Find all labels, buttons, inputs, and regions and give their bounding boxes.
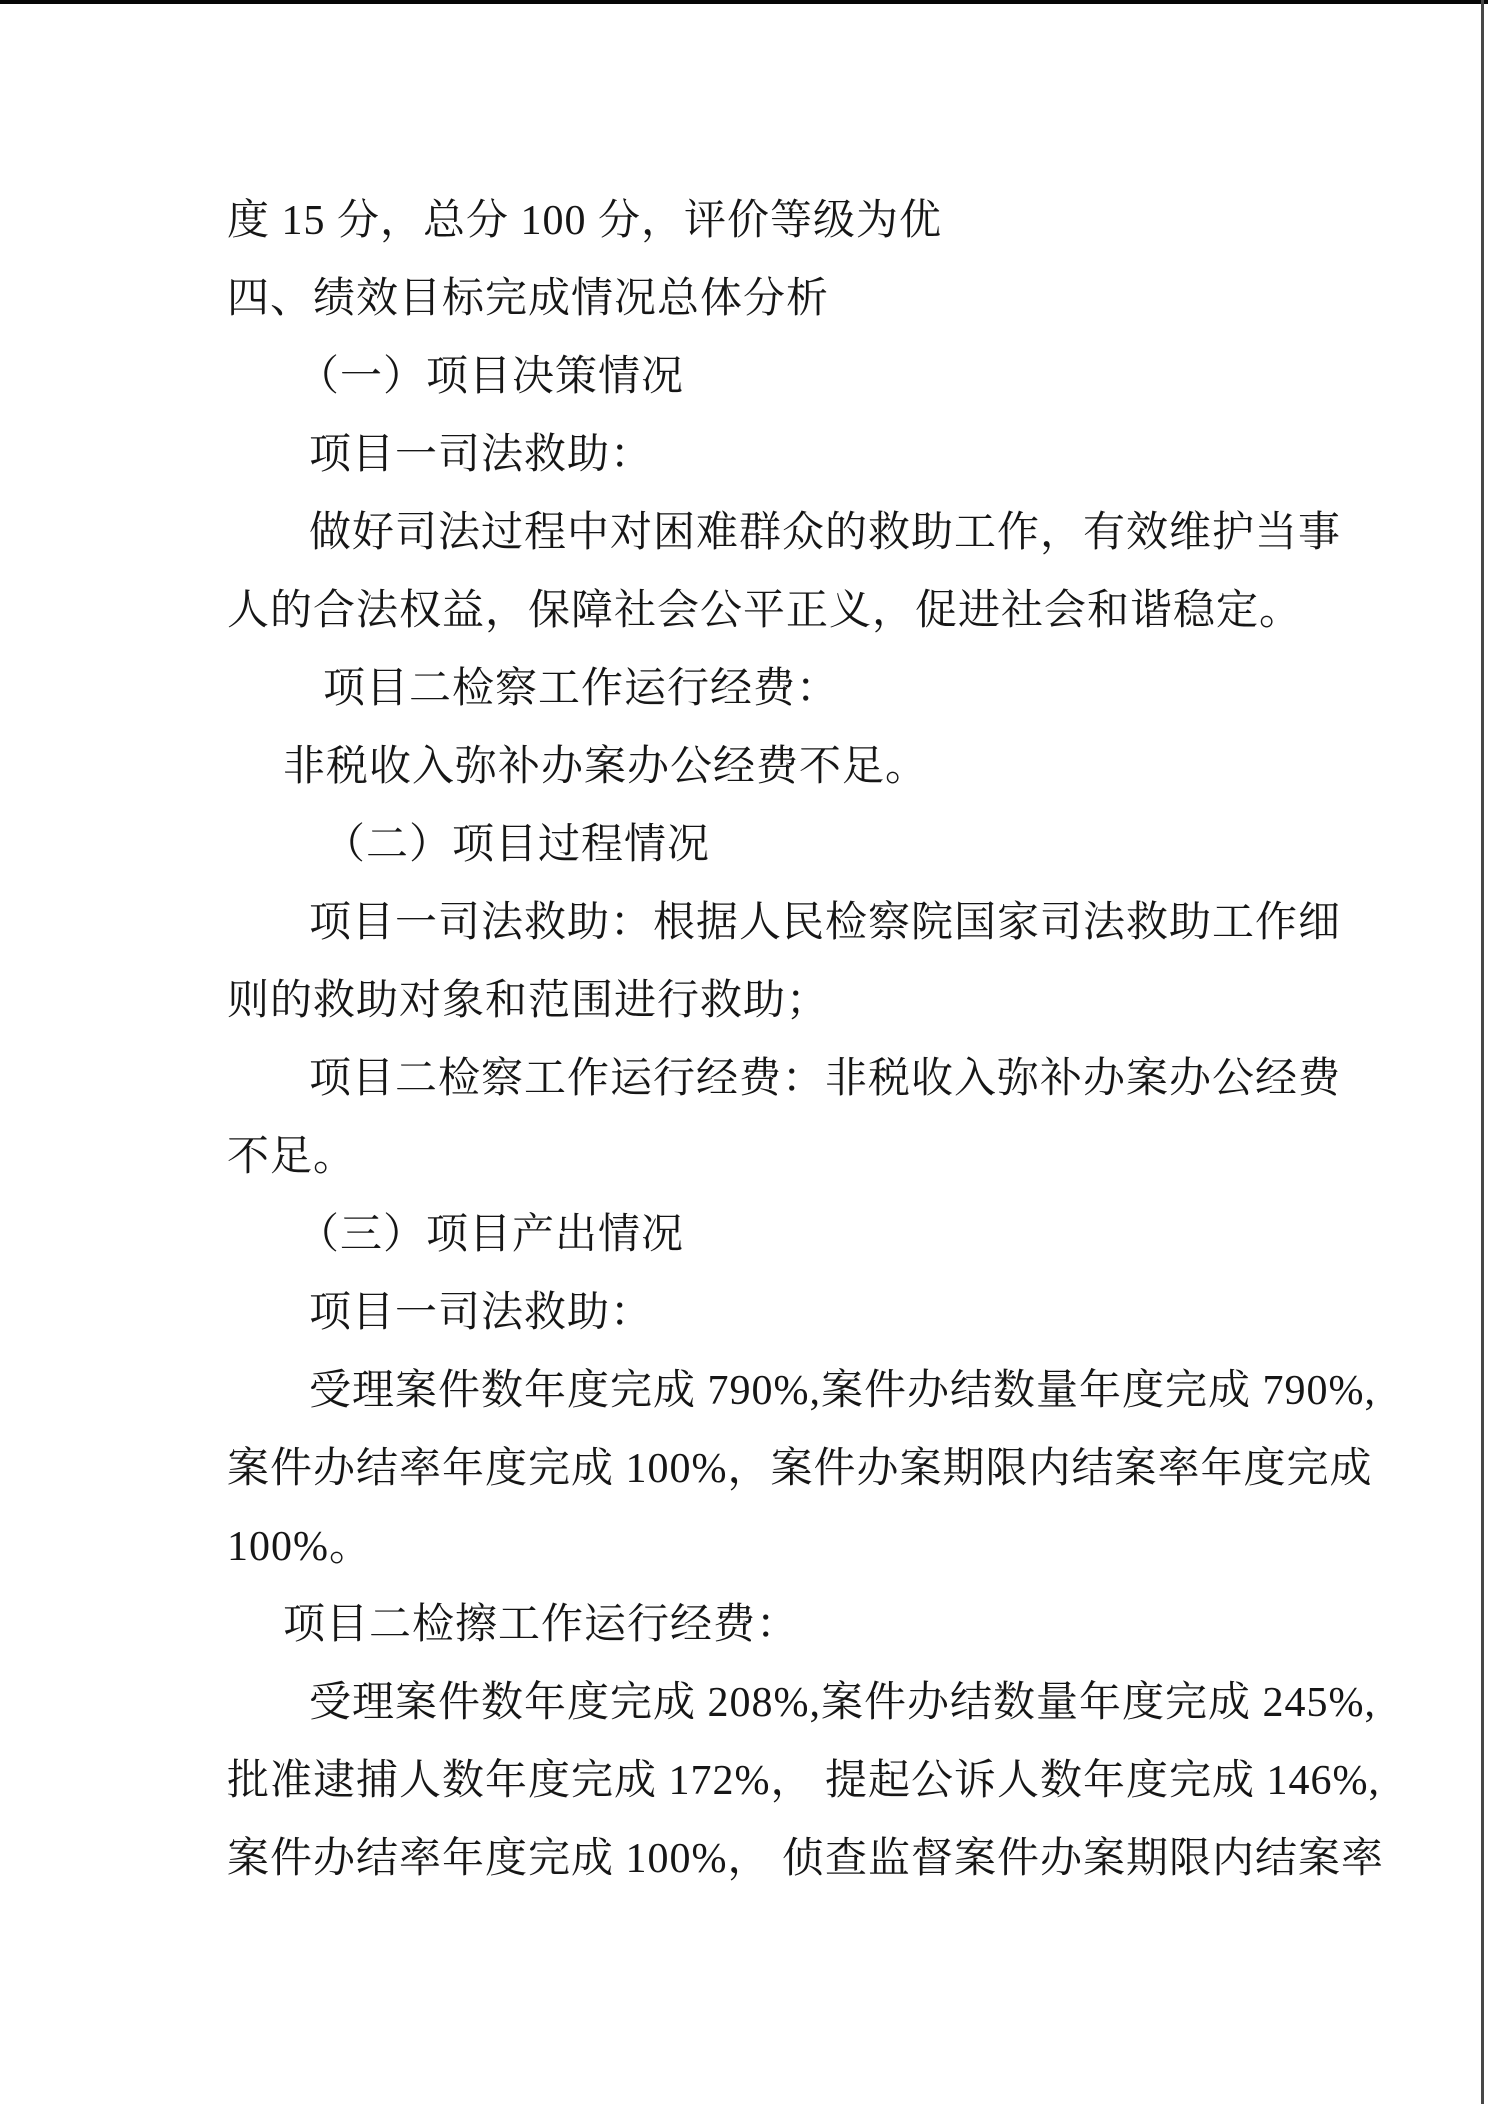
body-line: 项目二检察工作运行经费：非税收入弥补办案办公经费	[227, 1040, 1357, 1118]
body-line: 则的救助对象和范围进行救助；	[227, 962, 1357, 1040]
subsection-heading: （三）项目产出情况	[227, 1196, 1357, 1274]
body-line: 受理案件数年度完成 790%,案件办结数量年度完成 790%,	[227, 1352, 1357, 1430]
body-line: 项目二检察工作运行经费：	[227, 650, 1357, 728]
page-right-edge	[1481, 0, 1484, 2104]
body-line: 非税收入弥补办案办公经费不足。	[227, 728, 1357, 806]
body-line: 项目一司法救助：	[227, 416, 1357, 494]
body-line: 不足。	[227, 1118, 1357, 1196]
body-line: 案件办结率年度完成 100%， 侦查监督案件办案期限内结案率	[227, 1820, 1357, 1898]
body-line: 案件办结率年度完成 100%，案件办案期限内结案率年度完成	[227, 1430, 1357, 1508]
body-line: 项目二检擦工作运行经费：	[227, 1586, 1357, 1664]
body-line: 100%。	[227, 1508, 1357, 1586]
section-heading: 四、绩效目标完成情况总体分析	[227, 260, 1357, 338]
body-line: 项目一司法救助：	[227, 1274, 1357, 1352]
subsection-heading: （一）项目决策情况	[227, 338, 1357, 416]
body-line: 度 15 分，总分 100 分，评价等级为优	[227, 182, 1357, 260]
body-line: 批准逮捕人数年度完成 172%， 提起公诉人数年度完成 146%,	[227, 1742, 1357, 1820]
document-body: 度 15 分，总分 100 分，评价等级为优 四、绩效目标完成情况总体分析 （一…	[227, 182, 1357, 1898]
document-page: 度 15 分，总分 100 分，评价等级为优 四、绩效目标完成情况总体分析 （一…	[0, 0, 1488, 2104]
body-line: 受理案件数年度完成 208%,案件办结数量年度完成 245%,	[227, 1664, 1357, 1742]
body-line: 人的合法权益，保障社会公平正义，促进社会和谐稳定。	[227, 572, 1357, 650]
page-top-edge	[0, 0, 1488, 4]
subsection-heading: （二）项目过程情况	[227, 806, 1357, 884]
body-line: 项目一司法救助：根据人民检察院国家司法救助工作细	[227, 884, 1357, 962]
body-line: 做好司法过程中对困难群众的救助工作，有效维护当事	[227, 494, 1357, 572]
